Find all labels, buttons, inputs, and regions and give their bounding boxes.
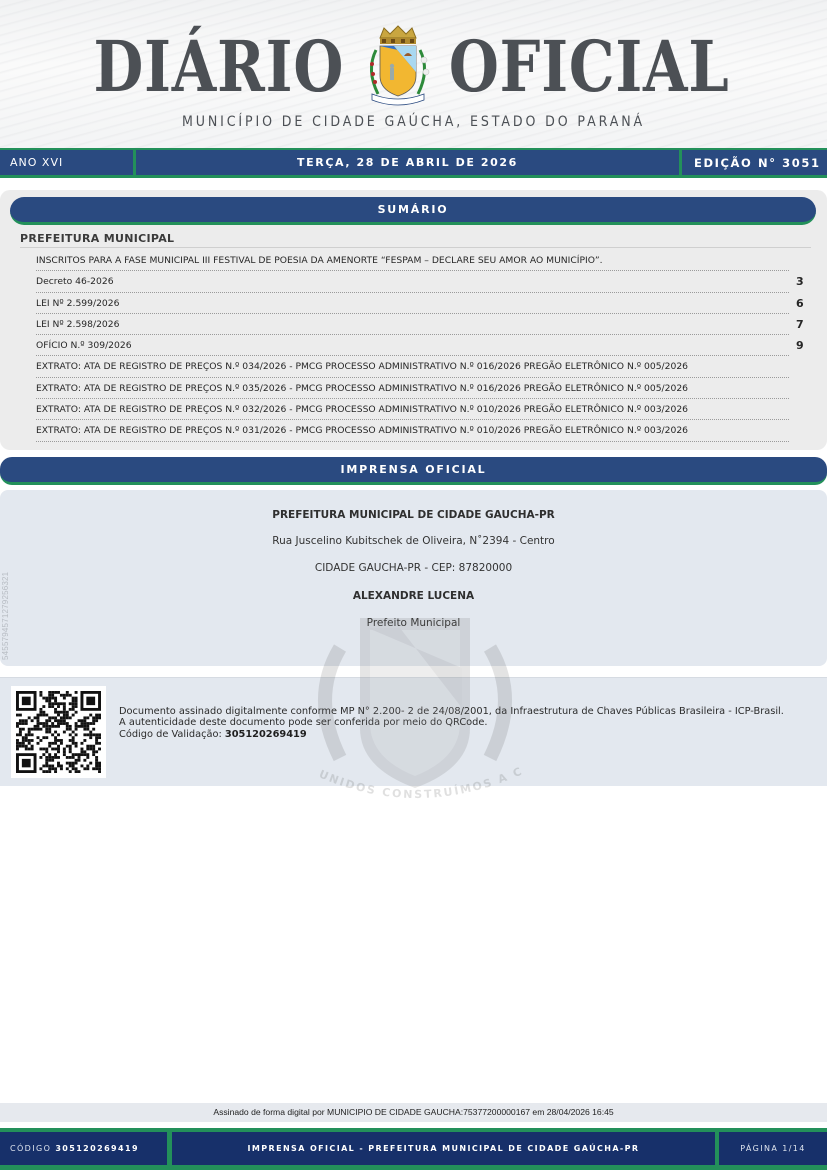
masthead: DIÁRIO OFICIAL MUNICÍPIO DE CIDADE GAÚCH… [0,0,827,148]
footer-code-value: 305120269419 [55,1144,139,1153]
masthead-title: DIÁRIO OFICIAL [0,22,827,112]
municipal-coat-of-arms-icon [358,24,438,110]
toc-item-label: OFÍCIO N.º 309/2026 [36,340,132,351]
footer-publisher: IMPRENSA OFICIAL - PREFEITURA MUNICIPAL … [172,1132,715,1165]
side-verification-code: 5455794571279256321 [1,560,13,660]
table-of-contents: INSCRITOS PARA A FASE MUNICIPAL III FEST… [36,250,789,442]
toc-item-page: 3 [796,273,804,290]
toc-item-label: INSCRITOS PARA A FASE MUNICIPAL III FEST… [36,255,603,266]
toc-item-label: LEI Nº 2.598/2026 [36,319,119,330]
signature-authenticity-note: A autenticidade deste documento pode ser… [119,717,819,728]
toc-item-page: 6 [796,295,804,312]
mayor-role: Prefeito Municipal [0,617,827,629]
imprensa-oficial-title: IMPRENSA OFICIAL [0,457,827,485]
toc-item[interactable]: Decreto 46-20263 [36,271,789,292]
toc-item[interactable]: EXTRATO: ATA DE REGISTRO DE PREÇOS N.º 0… [36,378,789,399]
edition-date: TERÇA, 28 DE ABRIL DE 2026 [136,150,679,175]
toc-item-page: 9 [796,337,804,354]
publisher-info: PREFEITURA MUNICIPAL DE CIDADE GAUCHA-PR… [0,490,827,666]
digital-signature-stamp: Assinado de forma digital por MUNICIPIO … [0,1103,827,1122]
toc-item[interactable]: EXTRATO: ATA DE REGISTRO DE PREÇOS N.º 0… [36,356,789,377]
validation-code-line: Código de Validação: 305120269419 [119,729,819,740]
page-footer: CÓDIGO305120269419 IMPRENSA OFICIAL - PR… [0,1128,827,1170]
mayor-name: ALEXANDRE LUCENA [0,590,827,602]
toc-item[interactable]: EXTRATO: ATA DE REGISTRO DE PREÇOS N.º 0… [36,399,789,420]
page-number: PÁGINA 1/14 [715,1132,827,1165]
validation-code-value: 305120269419 [225,729,307,740]
toc-item[interactable]: EXTRATO: ATA DE REGISTRO DE PREÇOS N.º 0… [36,420,789,441]
toc-item[interactable]: LEI Nº 2.598/20267 [36,314,789,335]
toc-item-label: Decreto 46-2026 [36,276,114,287]
toc-item[interactable]: LEI Nº 2.599/20266 [36,293,789,314]
toc-item-label: EXTRATO: ATA DE REGISTRO DE PREÇOS N.º 0… [36,425,688,436]
digital-signature-block: Documento assinado digitalmente conforme… [0,677,827,786]
qr-code-icon[interactable] [11,686,106,778]
summary-section-heading: PREFEITURA MUNICIPAL [20,232,811,248]
year-label: ANO XVI [0,150,136,175]
toc-item-label: LEI Nº 2.599/2026 [36,298,119,309]
toc-item-label: EXTRATO: ATA DE REGISTRO DE PREÇOS N.º 0… [36,361,688,372]
publisher-org: PREFEITURA MUNICIPAL DE CIDADE GAUCHA-PR [0,509,827,521]
toc-item[interactable]: INSCRITOS PARA A FASE MUNICIPAL III FEST… [36,250,789,271]
masthead-subtitle: MUNICÍPIO DE CIDADE GAÚCHA, ESTADO DO PA… [41,114,785,130]
title-oficial: OFICIAL [449,32,730,102]
summary-title: SUMÁRIO [10,197,816,225]
signature-legal-note: Documento assinado digitalmente conforme… [119,706,819,717]
toc-item-label: EXTRATO: ATA DE REGISTRO DE PREÇOS N.º 0… [36,383,688,394]
toc-item-page: 7 [796,316,804,333]
publisher-city: CIDADE GAUCHA-PR - CEP: 87820000 [0,562,827,574]
toc-item[interactable]: OFÍCIO N.º 309/20269 [36,335,789,356]
publisher-address: Rua Juscelino Kubitschek de Oliveira, N˚… [0,535,827,547]
toc-item-label: EXTRATO: ATA DE REGISTRO DE PREÇOS N.º 0… [36,404,688,415]
summary-panel: SUMÁRIO PREFEITURA MUNICIPAL INSCRITOS P… [0,190,827,450]
signature-text: Documento assinado digitalmente conforme… [119,706,819,740]
title-diario: DIÁRIO [94,32,345,102]
validation-code-label: Código de Validação: [119,729,222,740]
footer-code-label: CÓDIGO [10,1144,51,1153]
footer-code: CÓDIGO305120269419 [0,1132,172,1165]
edition-number: EDIÇÃO N° 3051 [679,150,827,175]
edition-info-bar: ANO XVI TERÇA, 28 DE ABRIL DE 2026 EDIÇÃ… [0,148,827,178]
